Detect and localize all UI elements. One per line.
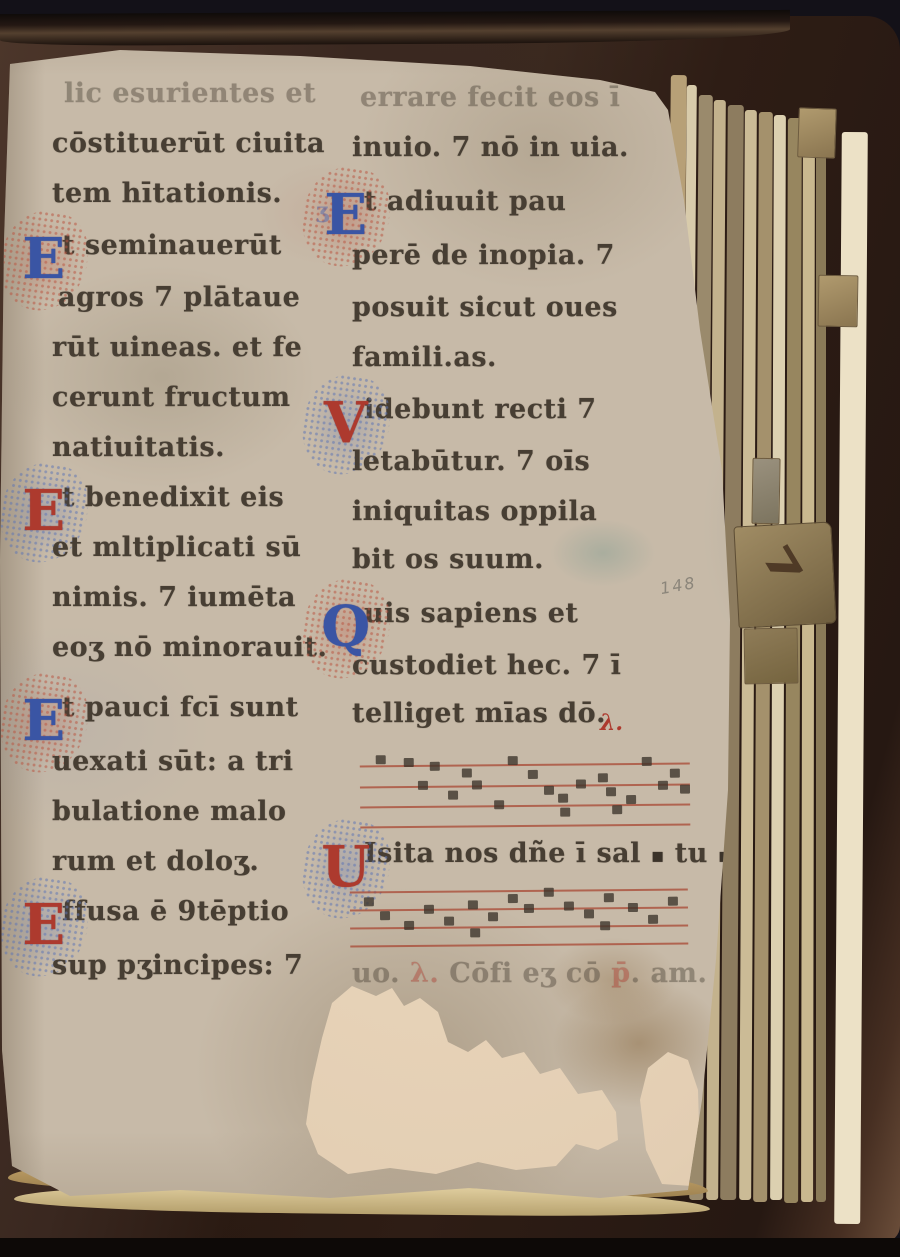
music-staff-1 — [360, 741, 691, 838]
text-line: cōstituerūt ciuita — [52, 128, 325, 159]
text-line: UIsita nos dñe ī sal ▪ tu ▪ — [364, 838, 732, 869]
text-line: bulatione malo — [52, 796, 287, 827]
margin-scribble: ʒ — [316, 198, 329, 224]
bookmark-tab[interactable] — [818, 275, 859, 328]
page-edge-strip — [801, 120, 815, 1202]
text-line: Effusa ē 9tēptio — [62, 896, 289, 927]
manuscript-photo: 7 lic esurientes etcōstituerūt ciuitatem… — [0, 0, 900, 1257]
text-line: cerunt fructum — [52, 382, 291, 413]
text-line: inuio. 7 nō in uia. — [352, 132, 629, 163]
text-line: uexati sūt: a tri — [52, 746, 294, 777]
text-line: eoʒ nō minorauit. — [52, 632, 327, 663]
text-line: agros 7 plātaue — [58, 282, 300, 313]
bookmark-tab[interactable] — [751, 458, 780, 524]
text-line: tem hītationis. — [52, 178, 282, 209]
text-line: Et benedixit eis — [62, 482, 284, 513]
text-line: lic esurientes et — [64, 78, 316, 109]
text-line: perē de inopia. 7 — [352, 240, 615, 271]
bookmark-tab[interactable] — [744, 628, 799, 685]
text-line: letabūtur. 7 oīs — [352, 446, 590, 477]
text-line: nimis. 7 iumēta — [52, 582, 296, 613]
text-line: posuit sicut oues — [352, 292, 618, 323]
text-line: Videbunt recti 7 — [364, 394, 597, 425]
text-line: errare fecit eos ī — [360, 82, 620, 113]
text-line: uo. λ. Cōfi eʒ cō p̄. am. — [352, 958, 707, 989]
text-line: Et adiuuit pau — [364, 186, 566, 217]
text-line: rum et doloʒ. — [52, 846, 259, 877]
cover-bottom-edge — [0, 1238, 900, 1257]
text-line: iniquitas oppila — [352, 496, 597, 527]
text-line: sup pʒincipes: 7 — [52, 950, 303, 981]
bookmark-tab[interactable] — [797, 107, 837, 158]
text-line: telliget mīas dō. — [352, 698, 606, 729]
text-line: bit os suum. — [352, 544, 544, 575]
music-staff-2 — [350, 875, 689, 952]
left-text-column: lic esurientes etcōstituerūt ciuitatem h… — [52, 70, 342, 1010]
text-line: Quis sapiens et — [364, 598, 578, 629]
bookmark-tab-large[interactable]: 7 — [733, 522, 836, 629]
text-line: famili.as. — [352, 342, 497, 373]
text-line: Et seminauerūt — [62, 230, 282, 261]
tab-ink-mark: 7 — [752, 537, 811, 594]
text-line: rūt uineas. et fe — [52, 332, 302, 363]
text-line: custodiet hec. 7 ī — [352, 650, 621, 681]
rubric-mark: λ. — [600, 710, 623, 736]
text-line: Et pauci fcī sunt — [62, 692, 299, 723]
text-line: natiuitatis. — [52, 432, 225, 463]
text-line: et mltiplicati sū — [52, 532, 301, 563]
